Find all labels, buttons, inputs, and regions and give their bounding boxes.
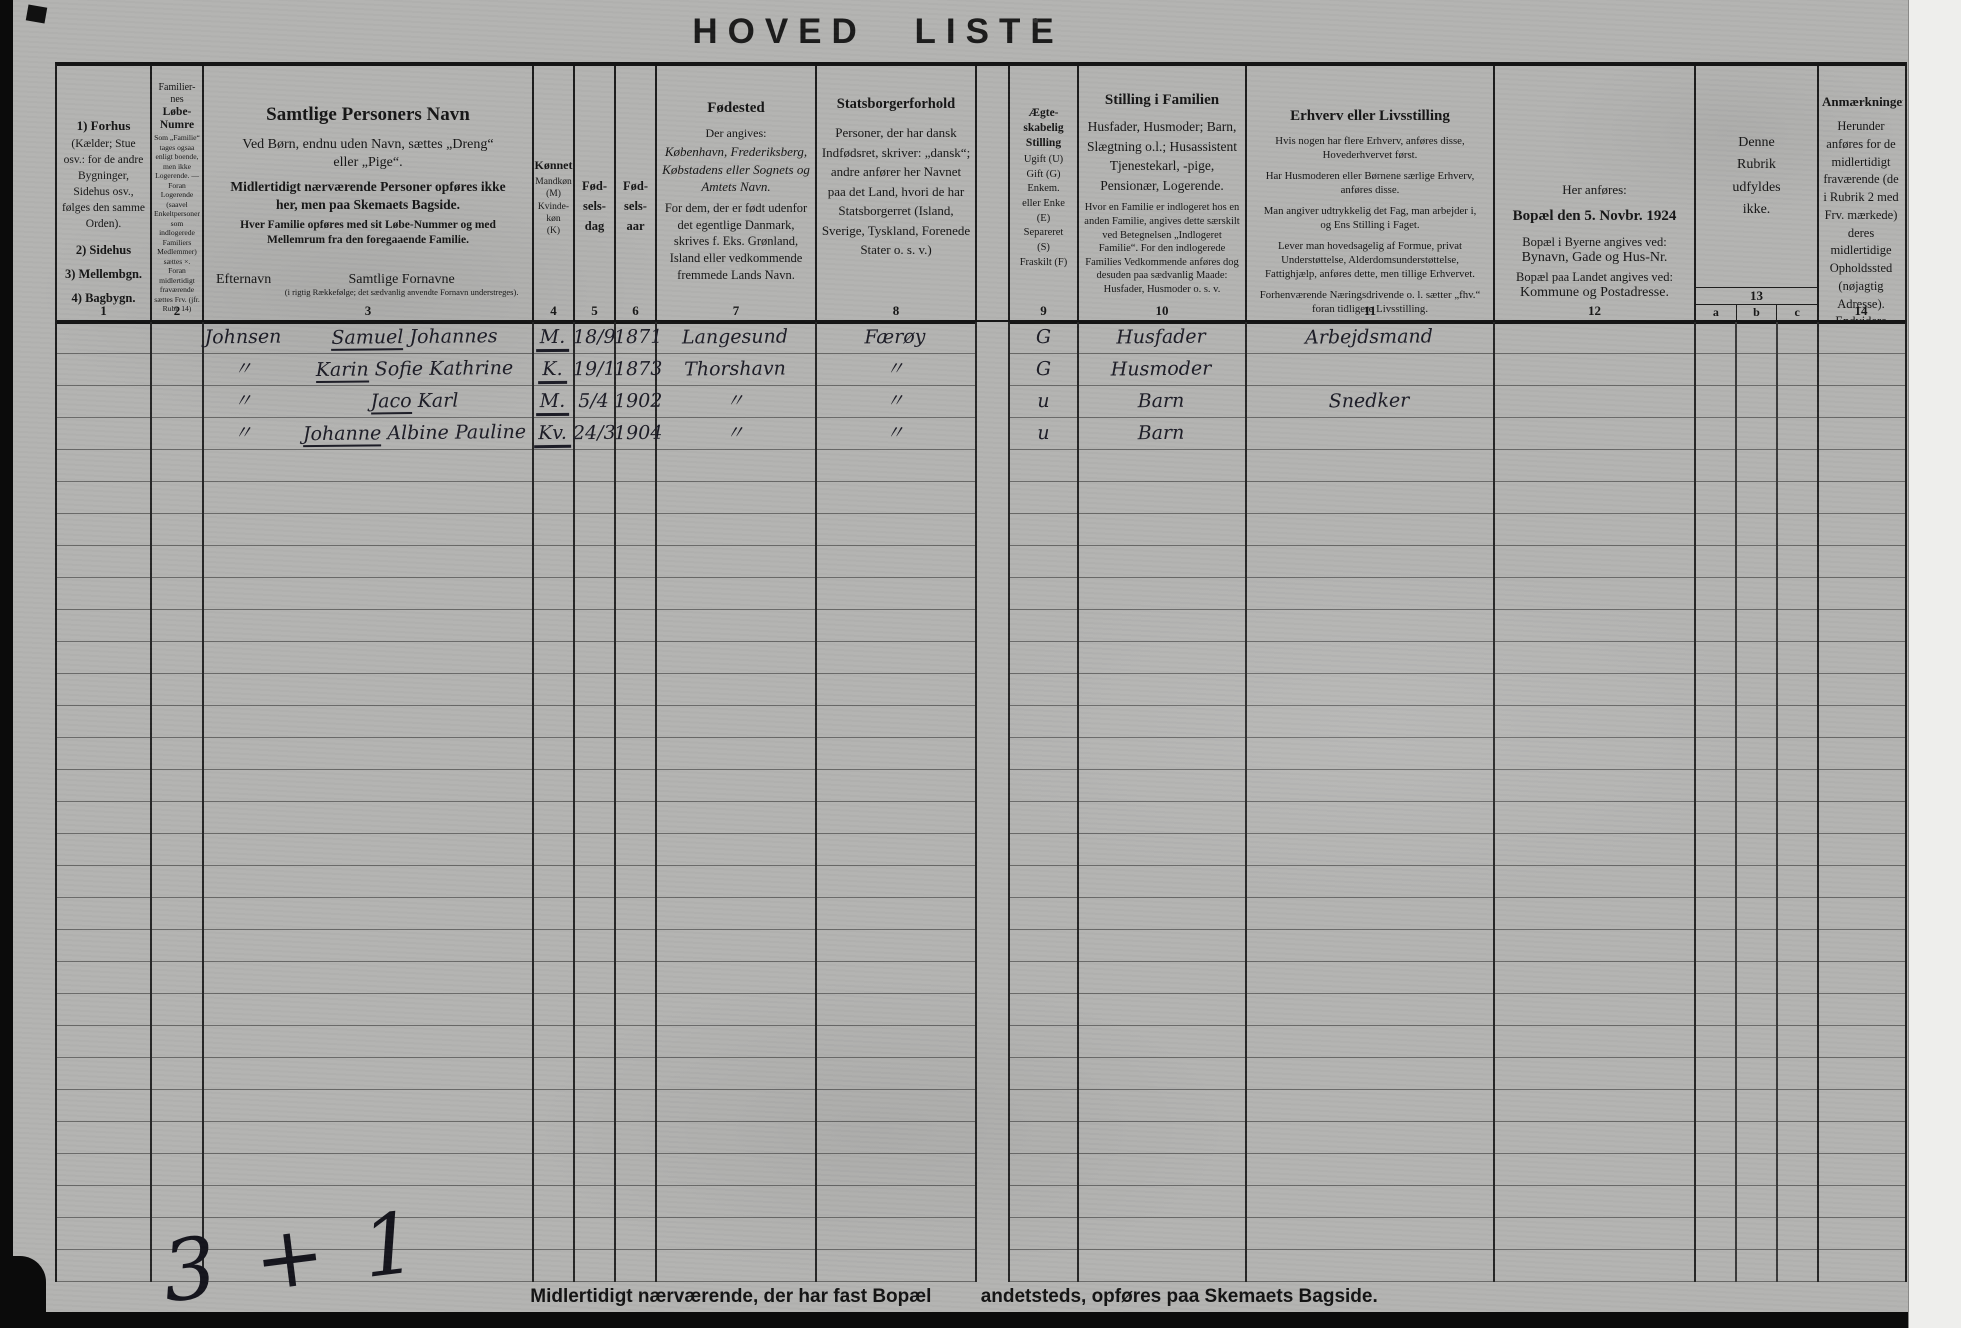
col10-number: 10	[1079, 303, 1245, 319]
col6-number: 6	[616, 303, 655, 319]
col1-title: 1) Forhus	[61, 118, 146, 134]
col7-number: 7	[657, 303, 815, 319]
col2-body: Som „Familie“ tages ogsaa enligt boende,…	[152, 133, 202, 313]
col9-t1: Ægte-	[1010, 106, 1077, 121]
scan-edge-right	[1908, 0, 1961, 1328]
table-header: 1) Forhus (Kælder; Stue osv.: for de and…	[55, 62, 1907, 324]
col9-t3: Stilling	[1010, 136, 1077, 151]
col7-p2: København, Frederiksberg, Købstadens ell…	[661, 143, 811, 196]
col9-enkem: Enkem.	[1010, 182, 1077, 197]
col5-l3: dag	[575, 216, 614, 236]
grid-line	[202, 322, 204, 1282]
grid-line	[532, 322, 534, 1282]
col9-ugift: Ugift (U)	[1010, 153, 1077, 168]
page-title: HOVED LISTE	[628, 12, 1128, 52]
row-cell-familie: Husmoder	[1077, 353, 1245, 387]
col11-number: 11	[1247, 303, 1493, 319]
row-cell-fornavne: Johanne Albine Pauline	[297, 417, 532, 451]
col9-enke: eller Enke	[1010, 197, 1077, 212]
row-cell-statsborger: 〃	[815, 385, 975, 419]
row-cell-dag: 24/3	[573, 418, 614, 450]
row-cell-statsborger: 〃	[815, 417, 975, 451]
col3-fornavne-label: Samtlige Fornavne	[271, 272, 532, 288]
table-body: JohnsenSamuel JohannesM.18/91871Langesun…	[55, 322, 1907, 1282]
row-cell-aegteskab: G	[1010, 322, 1077, 355]
header-col-navn: Samtlige Personers Navn Ved Børn, endnu …	[202, 66, 532, 320]
col1-mellembgn: 3) Mellembgn.	[61, 267, 146, 282]
row-cell-foedested: 〃	[655, 385, 815, 419]
scan-edge-left	[0, 0, 13, 1328]
col1-body: (Kælder; Stue osv.: for de andre Bygning…	[61, 136, 146, 233]
col11-title: Erhverv eller Livsstilling	[1257, 108, 1483, 125]
row-cell-familie: Barn	[1077, 385, 1245, 419]
header-col-erhverv: Erhverv eller Livsstilling Hvis nogen ha…	[1245, 66, 1493, 320]
col12-p5: Kommune og Postadresse.	[1499, 285, 1690, 301]
col13-c: c	[1776, 305, 1817, 320]
row-cell-foedested: 〃	[655, 417, 815, 451]
col5-l2: sels-	[575, 196, 614, 216]
row-cell-koen: M.	[532, 386, 573, 418]
header-col-foedselsdag: Fød- sels- dag 5	[573, 66, 614, 320]
col5-number: 5	[575, 303, 614, 319]
col7-title: Fødested	[661, 100, 811, 117]
col1-sidehus: 2) Sidehus	[61, 243, 146, 258]
header-col-rubrik13: Denne Rubrik udfyldes ikke. 13 a b c	[1694, 66, 1817, 320]
col7-p1: Der angives:	[661, 126, 811, 141]
grid-line	[815, 322, 817, 1282]
col13-b: b	[1736, 305, 1777, 320]
col4-m: (M)	[534, 188, 573, 200]
scanned-census-form: { "title": "HOVED LISTE", "header": { "c…	[0, 0, 1961, 1328]
row-cell-fornavne: Jaco Karl	[297, 385, 532, 419]
col4-number: 4	[534, 303, 573, 319]
col3-p1: Ved Børn, endnu uden Navn, sættes „Dreng…	[204, 136, 532, 172]
col3-subheader: Efternavn Samtlige Fornavne (i rigtig Ræ…	[204, 272, 532, 298]
col4-mandkoen: Mandkøn	[534, 176, 573, 188]
col4-title: Kønnet	[534, 158, 573, 173]
col9-t2: skabelig	[1010, 121, 1077, 136]
col14-body: Herunder anføres for de midlertidigt fra…	[1822, 118, 1900, 320]
col12-title: Bopæl den 5. Novbr. 1924	[1499, 208, 1690, 225]
scan-edge-bottom	[0, 1312, 1908, 1328]
col2-title: Løbe-Numre	[152, 106, 202, 131]
header-col-bopael: Her anføres: Bopæl den 5. Novbr. 1924 Bo…	[1493, 66, 1694, 320]
row-cell-aegteskab: G	[1010, 354, 1077, 387]
grid-line	[1694, 322, 1696, 1282]
row-cell-aar: 1873	[614, 354, 655, 386]
row-cell-koen: Kv.	[532, 418, 573, 450]
row-cell-koen: K.	[532, 354, 573, 386]
col3-title: Samtlige Personers Navn	[204, 104, 532, 126]
grid-line	[573, 322, 575, 1282]
col12-p1: Her anføres:	[1499, 182, 1690, 198]
grid-line	[1776, 322, 1778, 1282]
col11-p3: Man angiver udtrykkelig det Fag, man arb…	[1257, 204, 1483, 232]
row-cell-efternavn: 〃	[197, 418, 289, 451]
col9-separeret: Separeret	[1010, 226, 1077, 241]
col11-p2: Har Husmoderen eller Børnene særlige Erh…	[1257, 169, 1483, 197]
grid-line	[1817, 322, 1819, 1282]
col9-gift: Gift (G)	[1010, 168, 1077, 183]
header-gap-strip	[975, 66, 1010, 320]
col10-p1: Husfader, Husmoder; Barn, Slægtning o.l.…	[1083, 117, 1241, 195]
col9-e: (E)	[1010, 212, 1077, 227]
ink-speck	[1033, 18, 1038, 23]
col6-l3: aar	[616, 216, 655, 236]
row-cell-statsborger: Færøy	[815, 321, 975, 355]
footer-note-part1: Midlertidigt nærværende, der har fast Bo…	[530, 1286, 931, 1307]
col4-koen: køn	[534, 213, 573, 225]
col10-p2: Hvor en Familie er indlogeret hos en and…	[1083, 201, 1241, 296]
col3-p3: Hver Familie opføres med sit Løbe-Nummer…	[204, 218, 532, 248]
row-cell-aar: 1902	[614, 386, 655, 418]
col6-l1: Fød-	[616, 176, 655, 196]
col3-p2: Midlertidigt nærværende Personer opføres…	[204, 178, 532, 213]
ink-speck	[26, 4, 47, 23]
grid-line	[1493, 322, 1495, 1282]
header-col-forhus: 1) Forhus (Kælder; Stue osv.: for de and…	[57, 66, 150, 320]
row-cell-aar: 1904	[614, 418, 655, 450]
col13-number: 13	[1696, 287, 1817, 304]
row-cell-dag: 19/1	[573, 354, 614, 386]
col8-number: 8	[817, 303, 975, 319]
row-cell-erhverv: Arbejdsmand	[1245, 321, 1493, 356]
col14-number: 14	[1819, 303, 1903, 319]
row-cell-fornavne: Samuel Johannes	[297, 321, 532, 355]
header-col-anmaerkninger: Anmærkninger Herunder anføres for de mid…	[1817, 66, 1903, 320]
col4-kvinde: Kvinde-	[534, 201, 573, 213]
header-col-aegteskabelig: Ægte- skabelig Stilling Ugift (U) Gift (…	[1010, 66, 1077, 320]
col9-number: 9	[1010, 303, 1077, 319]
row-cell-erhverv: Snedker	[1245, 385, 1493, 420]
col6-l2: sels-	[616, 196, 655, 216]
col13-a: a	[1696, 305, 1736, 320]
header-col-statsborgerforhold: Statsborgerforhold Personer, der har dan…	[815, 66, 975, 320]
col8-body: Personer, der har dansk Indfødsret, skri…	[821, 123, 971, 260]
col2-pre: Familier-nes	[152, 82, 202, 105]
row-cell-familie: Barn	[1077, 417, 1245, 451]
col12-p3: Bynavn, Gade og Hus-Nr.	[1499, 250, 1690, 266]
header-col-koennet: Kønnet Mandkøn (M) Kvinde- køn (K) 4	[532, 66, 573, 320]
header-col-stilling-familien: Stilling i Familien Husfader, Husmoder; …	[1077, 66, 1245, 320]
col13-body: Denne Rubrik udfyldes ikke.	[1722, 132, 1792, 222]
row-cell-efternavn: Johnsen	[197, 322, 289, 355]
grid-line	[1077, 322, 1079, 1282]
col10-title: Stilling i Familien	[1083, 92, 1241, 109]
row-cell-foedested: Thorshavn	[655, 353, 815, 387]
col9-fraskilt: Fraskilt (F)	[1010, 256, 1077, 271]
col3-fornavne-note: (i rigtig Rækkefølge; det sædvanlig anve…	[271, 288, 532, 298]
col12-p2: Bopæl i Byerne angives ved:	[1499, 235, 1690, 250]
grid-line	[150, 322, 152, 1282]
footer-note-part2: andetsteds, opføres paa Skemaets Bagside…	[981, 1286, 1378, 1307]
col8-title: Statsborgerforhold	[821, 96, 971, 113]
row-cell-statsborger: 〃	[815, 353, 975, 387]
col11-p4: Lever man hovedsagelig af Formue, privat…	[1257, 239, 1483, 281]
grid-line	[1735, 322, 1737, 1282]
col9-s: (S)	[1010, 241, 1077, 256]
col3-number: 3	[204, 303, 532, 319]
header-col-foedested: Fødested Der angives: København, Frederi…	[655, 66, 815, 320]
col3-efternavn-label: Efternavn	[216, 272, 271, 288]
grid-line	[1245, 322, 1247, 1282]
col1-number: 1	[57, 303, 150, 319]
row-cell-dag: 18/9	[573, 322, 614, 354]
col12-p4: Bopæl paa Landet angives ved:	[1499, 270, 1690, 285]
col14-title: Anmærkninger	[1822, 94, 1900, 110]
row-cell-aar: 1871	[614, 322, 655, 354]
row-cell-efternavn: 〃	[197, 386, 289, 419]
col7-p3: For dem, der er født udenfor det egentli…	[661, 200, 811, 284]
col11-p1: Hvis nogen har flere Erhverv, anføres di…	[1257, 134, 1483, 162]
row-cell-aegteskab: u	[1010, 386, 1077, 419]
row-cell-dag: 5/4	[573, 386, 614, 418]
row-cell-koen: M.	[532, 322, 573, 354]
header-col-loebenumre: Familier-nes Løbe-Numre Som „Familie“ ta…	[150, 66, 202, 320]
grid-gap-strip	[975, 322, 1010, 1282]
grid-line	[655, 322, 657, 1282]
col12-number: 12	[1495, 303, 1694, 319]
col4-k: (K)	[534, 225, 573, 237]
col5-l1: Fød-	[575, 176, 614, 196]
header-col-foedselsaar: Fød- sels- aar 6	[614, 66, 655, 320]
col2-number: 2	[152, 303, 202, 319]
row-cell-fornavne: Karin Sofie Kathrine	[297, 353, 532, 387]
row-cell-familie: Husfader	[1077, 321, 1245, 355]
grid-line	[614, 322, 616, 1282]
row-cell-foedested: Langesund	[655, 321, 815, 355]
row-cell-efternavn: 〃	[197, 354, 289, 387]
row-cell-aegteskab: u	[1010, 418, 1077, 451]
col13-abc-row: a b c	[1696, 304, 1817, 320]
